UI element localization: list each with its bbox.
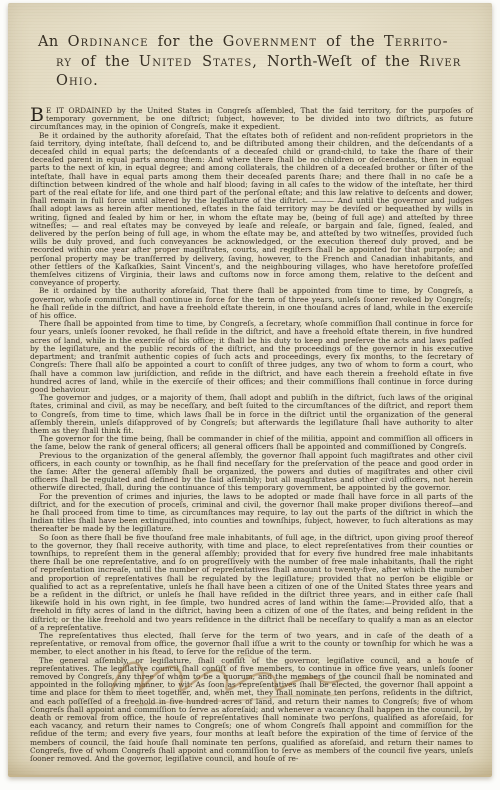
paragraph: There ſhall be appointed from time to ti…	[30, 320, 473, 394]
paragraph: So ſoon as there ſhall be five thouſand …	[30, 534, 473, 632]
paragraph: The governor for the time being, ſhall b…	[30, 435, 473, 451]
title-line-3: Ohio.	[30, 72, 474, 92]
title-text: Territo-	[384, 34, 449, 50]
paragraph: Be it ordained by the authority aforeſai…	[30, 287, 473, 320]
title-text: of the	[72, 54, 139, 70]
title-text: Ordinance	[68, 34, 149, 50]
paragraph: For the prevention of crimes and injurie…	[30, 493, 473, 534]
title-text: ry	[56, 54, 72, 70]
document-page: An Ordinance for the Government of the T…	[8, 3, 492, 777]
paragraph: Be it ordained by the authority aforeſai…	[30, 132, 473, 288]
paragraph: The general aſſembly, or legiſlature, ſh…	[30, 657, 473, 764]
title-text: River	[419, 54, 461, 70]
title-line-2: ry of the United States, North-Weſt of t…	[30, 53, 474, 73]
paragraph-text: E IT ORDAINED by the United States in Co…	[30, 106, 473, 131]
paragraph: Previous to the organization of the gene…	[30, 452, 473, 493]
document-title: An Ordinance for the Government of the T…	[30, 33, 474, 92]
title-text: Ohio.	[56, 73, 99, 89]
paragraph: BE IT ORDAINED by the United States in C…	[30, 107, 473, 132]
title-text: of the	[352, 54, 419, 70]
title-text: for the	[149, 34, 223, 50]
title-text: of the	[317, 34, 384, 50]
title-text: North-Weſt	[258, 54, 352, 70]
paragraph: The governor and judges, or a majority o…	[30, 394, 473, 435]
document-body: BE IT ORDAINED by the United States in C…	[30, 107, 473, 763]
drop-cap: B	[30, 107, 46, 123]
title-line-1: An Ordinance for the Government of the T…	[30, 33, 474, 53]
paragraph: The repreſentatives thus elected, ſhall …	[30, 632, 473, 657]
page-background: { "document": { "title": { "l1a": "An ",…	[0, 0, 500, 790]
title-text: An	[38, 34, 68, 50]
title-text: United States,	[139, 54, 258, 70]
title-text: Government	[223, 34, 317, 50]
